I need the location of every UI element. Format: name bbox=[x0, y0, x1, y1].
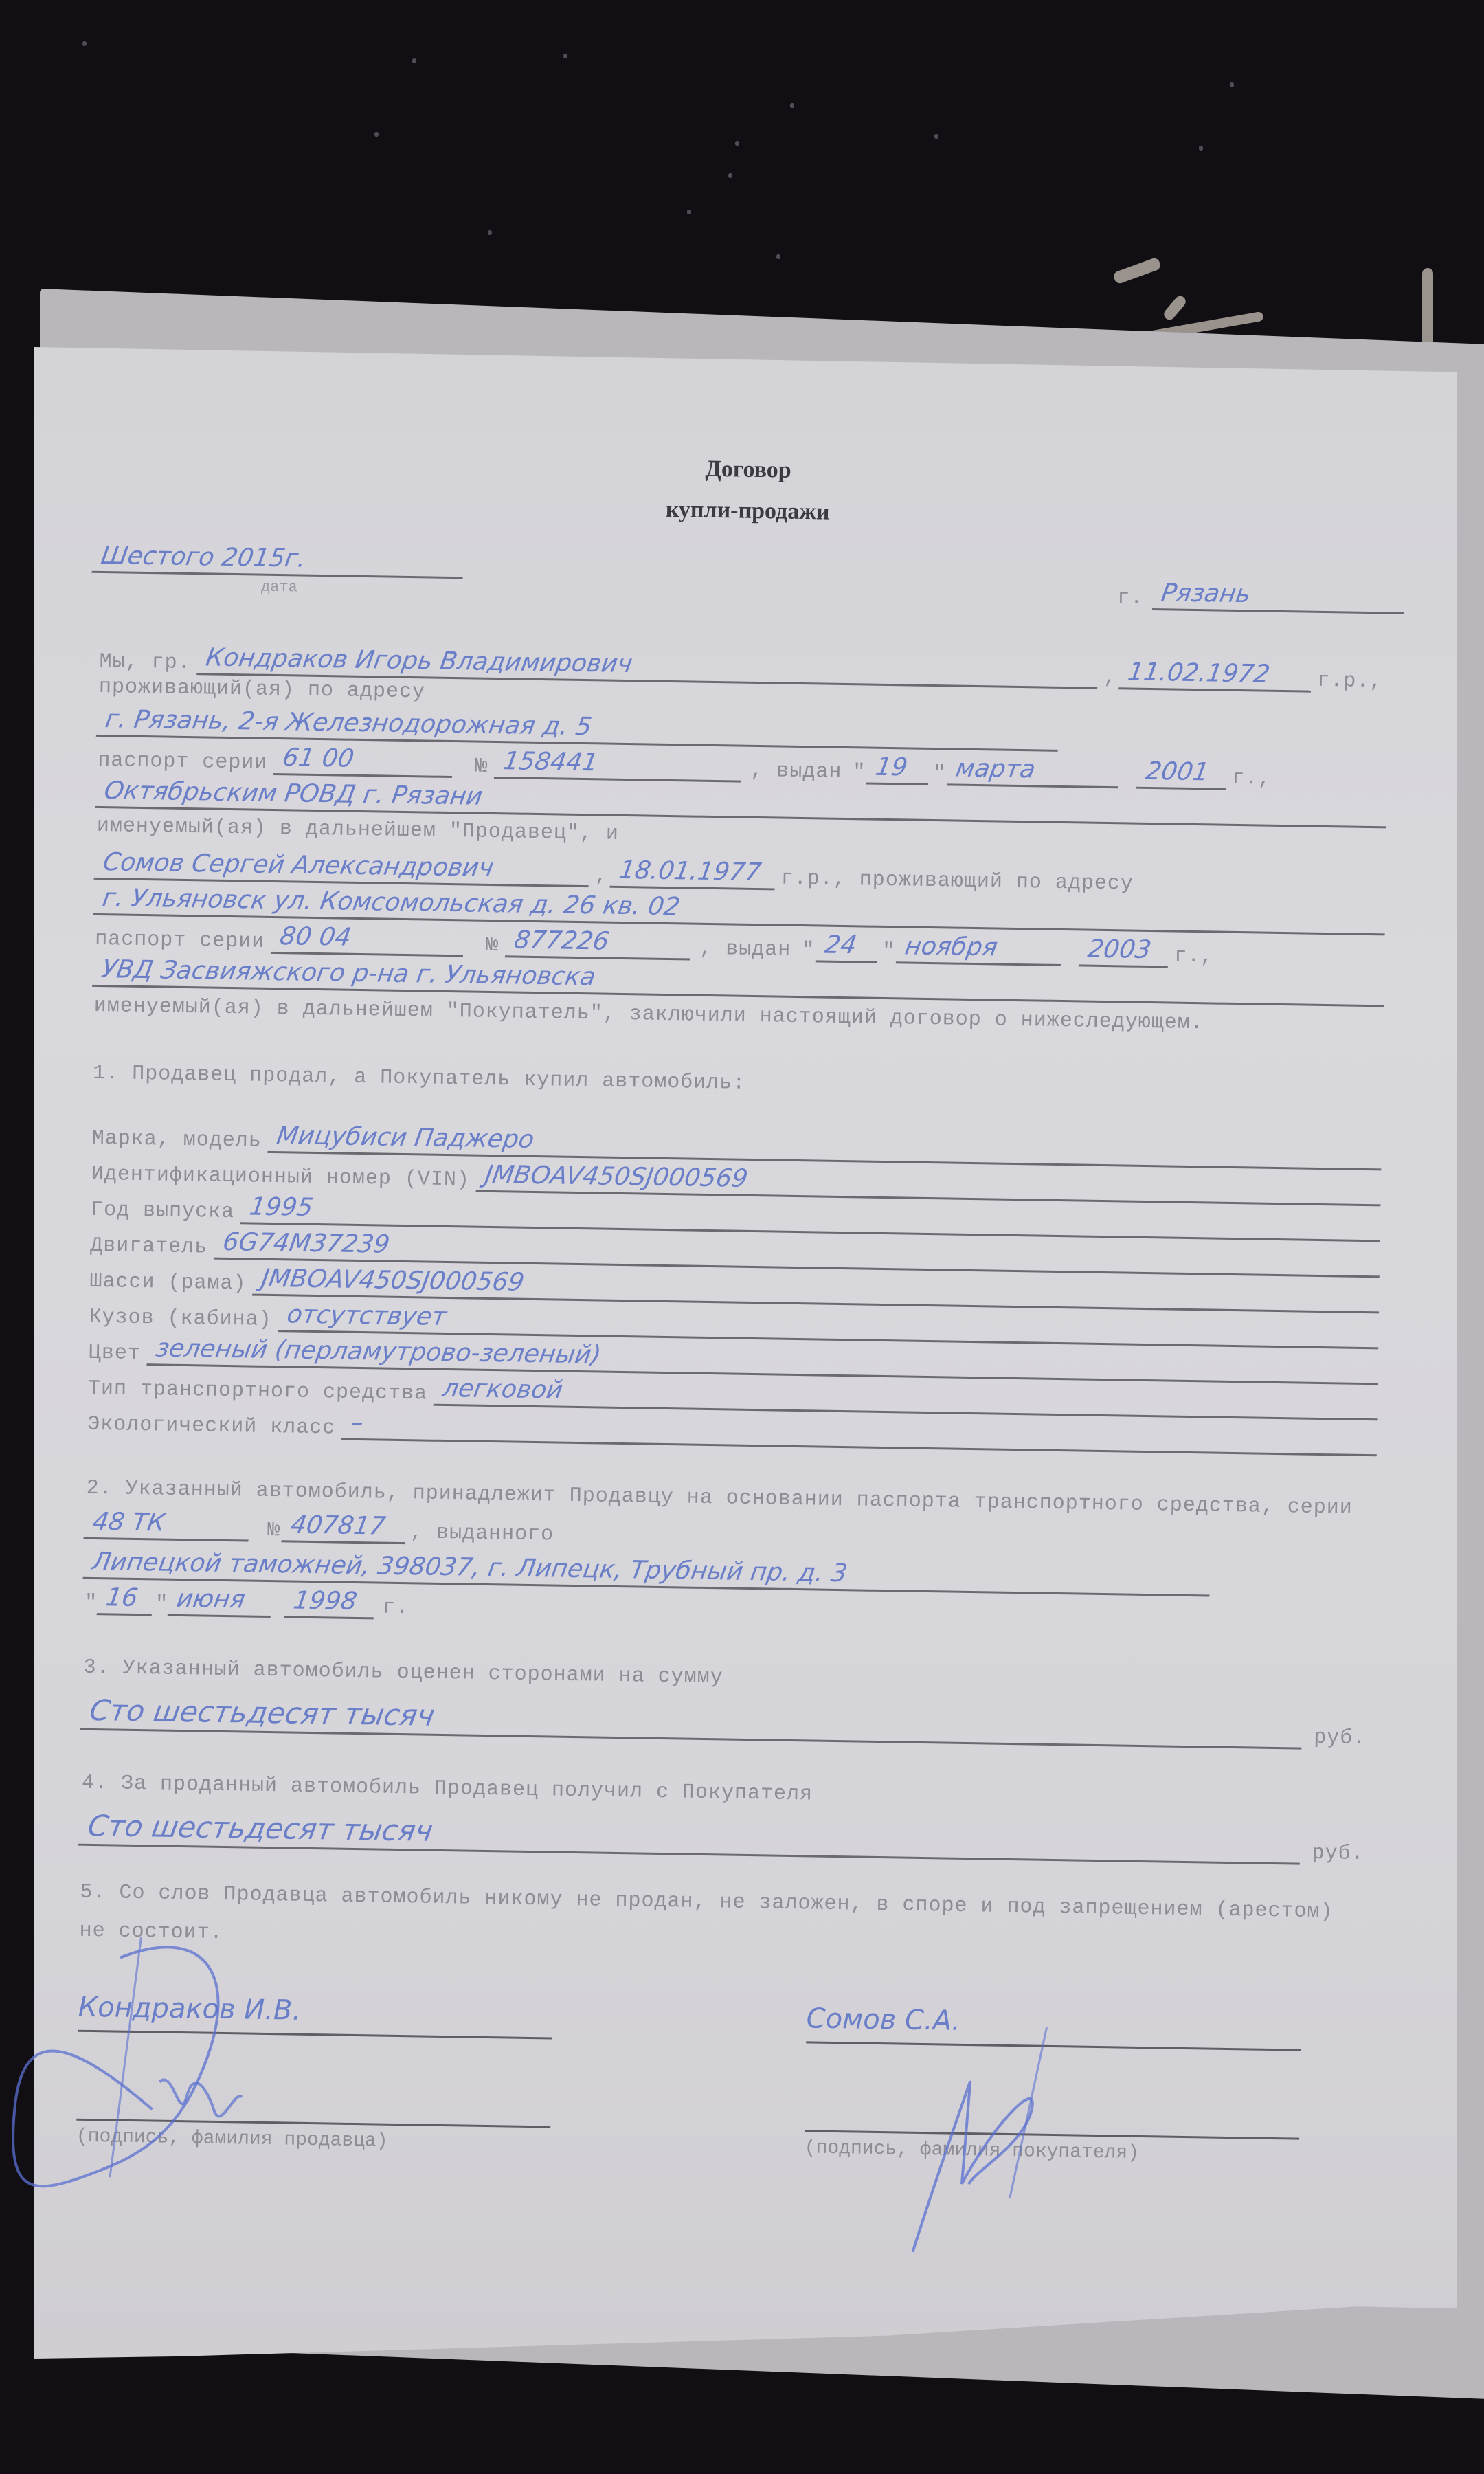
background-speck bbox=[1199, 146, 1203, 151]
buyer-passport-series-field[interactable]: 80 04 bbox=[271, 922, 468, 957]
pts-number-label: № bbox=[267, 1519, 281, 1542]
vehicle-field-label: Марка, модель bbox=[91, 1127, 262, 1153]
seller-passport-series-field[interactable]: 61 00 bbox=[273, 744, 457, 778]
section-1-vehicle: 1. Продавец продал, а Покупатель купил а… bbox=[87, 1053, 1385, 1456]
background-speck bbox=[1230, 82, 1234, 87]
pts-issued-day-field[interactable]: 16 bbox=[97, 1583, 157, 1616]
seller-birth-suffix: г.р., bbox=[1317, 669, 1383, 693]
title-line-1: Договор bbox=[102, 447, 1394, 493]
pts-year-suffix: г. bbox=[383, 1596, 409, 1620]
buyer-passport-number-label: № bbox=[486, 934, 499, 957]
seller-passport-label: паспорт серии bbox=[98, 749, 268, 775]
background-speck bbox=[934, 134, 938, 139]
section-2-text: 2. Указанный автомобиль, принадлежит Про… bbox=[86, 1477, 1353, 1520]
date-city-row: Шестого 2015г. дата г. Рязань bbox=[100, 542, 1393, 638]
buyer-issued-year-field[interactable]: 2003 bbox=[1079, 935, 1173, 968]
vehicle-field-label: Двигатель bbox=[90, 1234, 208, 1260]
background-speck bbox=[687, 210, 691, 214]
date-caption: дата bbox=[93, 576, 464, 599]
background-speck bbox=[412, 58, 416, 63]
vehicle-field-label: Кузов (кабина) bbox=[89, 1306, 272, 1332]
background-speck bbox=[374, 132, 379, 137]
background-speck bbox=[563, 54, 567, 58]
background-speck bbox=[82, 41, 87, 46]
background-debris bbox=[1162, 294, 1188, 322]
price-currency: руб. bbox=[1314, 1726, 1367, 1750]
buyer-issued-day-field[interactable]: 24 bbox=[816, 930, 882, 963]
pts-issued-month-field[interactable]: июня bbox=[168, 1585, 276, 1618]
pts-number-field[interactable]: 407817 bbox=[281, 1511, 409, 1544]
buyer-signature-block: Сомов С.А. (подпись, фамилия покупателя) bbox=[805, 2003, 1301, 2166]
signatures-area: Кондраков И.В. (подпись, фамилия продавц… bbox=[74, 1992, 1370, 2300]
background-speck bbox=[735, 141, 739, 146]
vehicle-field-label: Год выпуска bbox=[91, 1199, 235, 1224]
background-speck bbox=[488, 230, 492, 235]
pts-series-field[interactable]: 48 ТК bbox=[83, 1508, 253, 1542]
buyer-section: Сомов Сергей Александрович , 18.01.1977 … bbox=[93, 844, 1388, 1045]
pts-issued-year-field[interactable]: 1998 bbox=[284, 1586, 379, 1619]
seller-issued-label: , выдан bbox=[750, 759, 842, 784]
background-speck bbox=[776, 254, 780, 259]
contract-city-field[interactable]: Рязань bbox=[1152, 579, 1408, 614]
contract-date-field[interactable]: Шестого 2015г. bbox=[91, 542, 467, 579]
buyer-passport-label: паспорт серии bbox=[95, 928, 265, 954]
seller-birthdate-field[interactable]: 11.02.1972 bbox=[1118, 658, 1316, 692]
section-4-payment: 4. За проданный автомобиль Продавец полу… bbox=[81, 1772, 1373, 1866]
payment-currency: руб. bbox=[1312, 1842, 1364, 1866]
seller-issued-year-field[interactable]: 2001 bbox=[1136, 757, 1230, 790]
vehicle-fields-list: Марка, модельМицубиси ПаджероИдентификац… bbox=[87, 1115, 1384, 1456]
seller-prefix-label: Мы, гр. bbox=[99, 650, 191, 675]
vehicle-field-label: Экологический класс bbox=[87, 1413, 336, 1440]
buyer-issued-month-field[interactable]: ноября bbox=[896, 932, 1066, 966]
section-3-price: 3. Указанный автомобиль оценен сторонами… bbox=[82, 1656, 1375, 1751]
seller-issued-day-field[interactable]: 19 bbox=[866, 753, 933, 785]
seller-passport-number-label: № bbox=[475, 755, 488, 779]
seller-passport-number-field[interactable]: 158441 bbox=[494, 747, 746, 783]
pts-issued-label: , выданного bbox=[410, 1521, 554, 1546]
seller-section: Мы, гр. Кондраков Игорь Владимирович , 1… bbox=[96, 638, 1391, 864]
section-2-ownership: 2. Указанный автомобиль, принадлежит Про… bbox=[85, 1469, 1378, 1636]
vehicle-field-label: Цвет bbox=[89, 1341, 142, 1366]
buyer-issued-label: , выдан bbox=[699, 937, 791, 962]
background-debris bbox=[1422, 268, 1433, 350]
buyer-signature-scribble-icon bbox=[871, 2018, 1123, 2269]
background-speck bbox=[790, 103, 794, 108]
buyer-year-suffix: г., bbox=[1174, 945, 1214, 969]
title-line-2: купли-продажи bbox=[102, 488, 1393, 535]
seller-signature-scribble-icon bbox=[0, 1928, 430, 2231]
seller-signature-block: Кондраков И.В. (подпись, фамилия продавц… bbox=[76, 1992, 552, 2155]
vehicle-field-label: Шасси (рама) bbox=[89, 1270, 247, 1296]
seller-issued-month-field[interactable]: марта bbox=[947, 754, 1123, 788]
background-speck bbox=[728, 173, 732, 178]
buyer-passport-number-field[interactable]: 877226 bbox=[505, 926, 695, 960]
contract-content: Договор купли-продажи Шестого 2015г. дат… bbox=[74, 426, 1395, 2300]
background-debris bbox=[1112, 257, 1162, 285]
document-title: Договор купли-продажи bbox=[102, 447, 1394, 535]
buyer-birthdate-field[interactable]: 18.01.1977 bbox=[609, 856, 779, 891]
seller-year-suffix: г., bbox=[1232, 767, 1272, 791]
city-label: г. bbox=[1117, 586, 1144, 610]
